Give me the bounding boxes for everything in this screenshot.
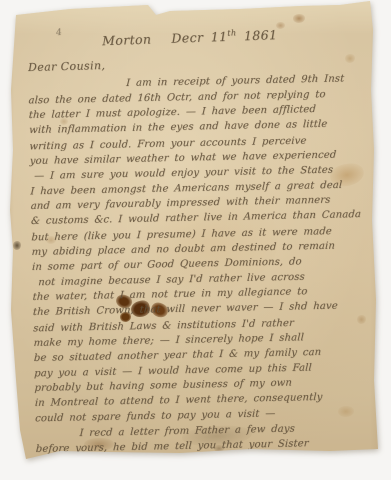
foxing-spot: [345, 54, 355, 63]
margin-note-text: address Morton as before: [1, 240, 10, 345]
pencil-mark: 4: [55, 28, 62, 39]
dateline-date: Decr 11: [171, 29, 228, 46]
letter-dateline: MortonDecr 11th 1861: [102, 27, 278, 48]
paper-shadow: 4 MortonDecr 11th 1861 Dear Cousin, I am…: [0, 0, 391, 480]
letter-paper: 4 MortonDecr 11th 1861 Dear Cousin, I am…: [0, 0, 391, 480]
margin-note-underlined-word: Stella: [1, 213, 10, 237]
dateline-place: Morton: [102, 31, 152, 48]
dateline-gap: [151, 43, 171, 44]
salutation: Dear Cousin,: [28, 59, 106, 74]
dateline-date-superscript: th: [227, 28, 236, 37]
margin-note: address Morton as before Stella: [1, 213, 10, 345]
dateline-year: 1861: [244, 27, 278, 43]
foxing-spot: [293, 14, 305, 23]
letter-body: I am in receipt of yours dated 9th Insta…: [28, 71, 384, 457]
foxing-spot: [276, 22, 285, 29]
letter-photograph: 4 MortonDecr 11th 1861 Dear Cousin, I am…: [0, 0, 391, 480]
foxing-spot: [13, 241, 21, 250]
